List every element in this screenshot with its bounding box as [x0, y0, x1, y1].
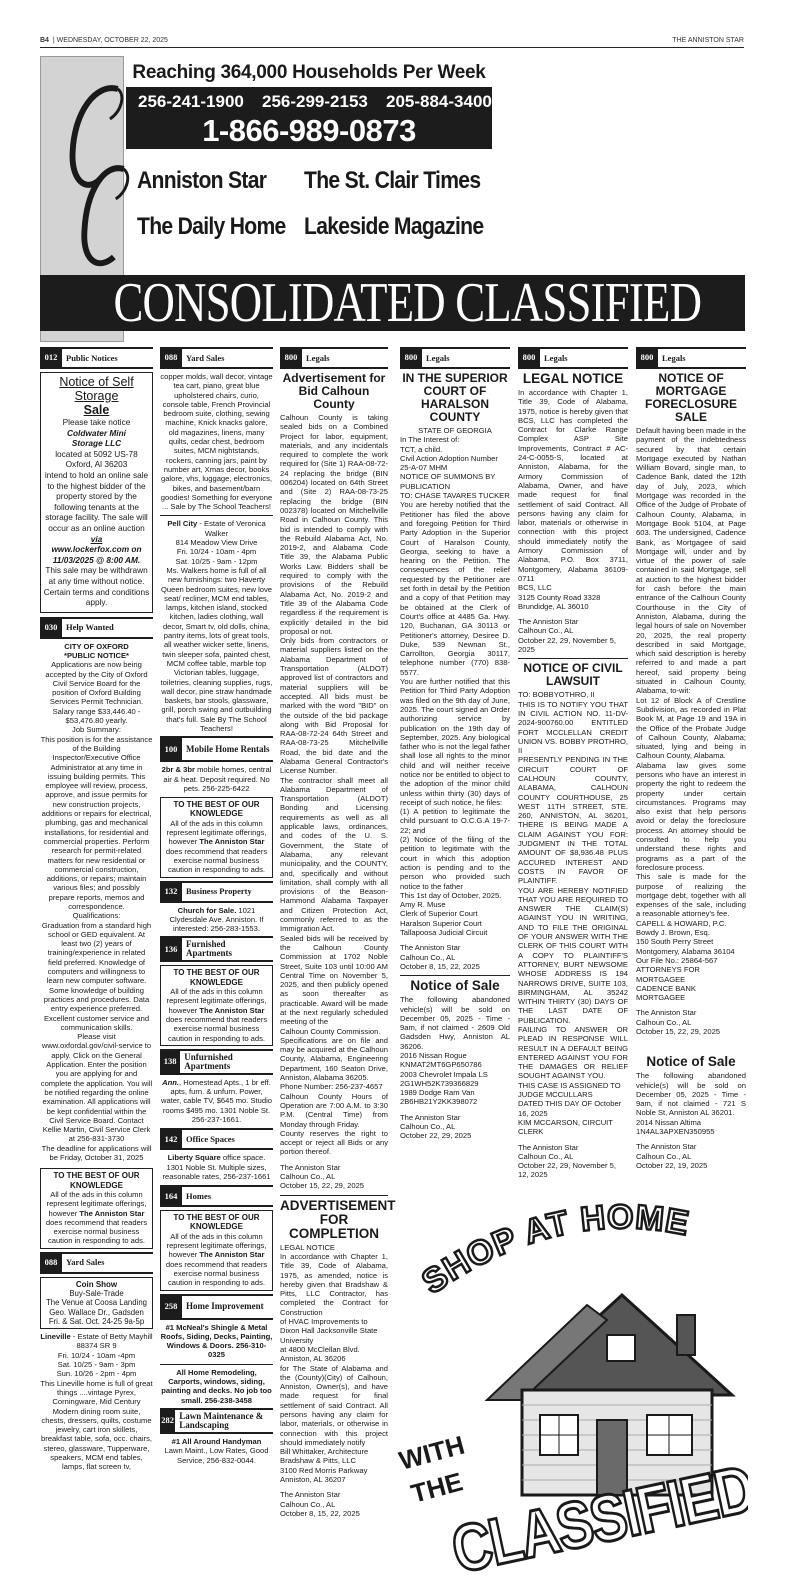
section-header-unfurnished-apartments: 138 Unfurnished Apartments [160, 1049, 273, 1075]
column-5: 800 Legals LEGAL NOTICE In accordance wi… [518, 347, 628, 1180]
page-number: B4 [40, 37, 49, 44]
pub-lakeside-magazine: Lakeside Magazine [304, 213, 483, 241]
section-header-legals: 800 Legals [400, 347, 510, 369]
church-for-sale-ad: Church for Sale. 1021 Clydesdale Ave. An… [160, 906, 273, 934]
section-header-legals: 800 Legals [636, 347, 746, 369]
homestead-apts-ad: Ann., Homestead Apts., 1 br eff. apts, f… [160, 1078, 273, 1124]
notice-of-sale-vehicles: Notice of Sale The following abandoned v… [400, 979, 510, 1140]
page-date: WEDNESDAY, OCTOBER 22, 2025 [57, 37, 168, 44]
column-6: 800 Legals NOTICE OF MORTGAGE FORECLOSUR… [636, 347, 746, 1170]
section-header-home-improvement: 258 Home Improvement [160, 1294, 273, 1320]
section-header-mobile-home-rentals: 100 Mobile Home Rentals [160, 736, 273, 762]
section-header-business-property: 132 Business Property [160, 881, 273, 903]
section-header-office-spaces: 142 Office Spaces [160, 1128, 273, 1150]
home-remodeling-ad: All Home Remodeling, Carports, windows, … [160, 1368, 273, 1405]
section-header-legals: 800 Legals [280, 347, 388, 369]
page-info: B4 | WEDNESDAY, OCTOBER 22, 2025 [40, 37, 168, 44]
cc-logo-icon [57, 71, 120, 271]
section-header-help-wanted: 030 Help Wanted [40, 617, 153, 639]
reach-tagline: Reaching 364,000 Households Per Week [126, 62, 492, 84]
disclaimer-box: TO THE BEST OF OUR KNOWLEDGE All of the … [160, 1210, 273, 1290]
phone-3[interactable]: 205-884-3400 [386, 92, 492, 112]
consolidated-classified-banner: CONSOLIDATED CLASSIFIED [40, 275, 745, 331]
section-header-yard-sales: 088 Yard Sales [40, 1252, 153, 1274]
notice-of-sale-altima: Notice of Sale The following abandoned v… [636, 1055, 746, 1170]
section-header-legals: 800 Legals [518, 347, 628, 369]
section-header-homes: 164 Homes [160, 1185, 273, 1207]
column-4: 800 Legals IN THE SUPERIOR COURT OF HARA… [400, 347, 510, 1141]
section-header-lawn-maintenance: 282 Lawn Maintenance & Landscaping [160, 1408, 273, 1434]
disclaimer-box: TO THE BEST OF OUR KNOWLEDGE All of the … [40, 1168, 153, 1248]
mobile-home-ad: 2br & 3br mobile homes, central air & he… [160, 765, 273, 793]
pub-st-clair-times: The St. Clair Times [304, 167, 480, 195]
disclaimer-box: TO THE BEST OF OUR KNOWLEDGE All of the … [160, 965, 273, 1045]
lockerfox-link[interactable]: www.lockerfox.com on 11/03/2025 @ 8:00 A… [43, 544, 150, 565]
bcs-legal-notice: LEGAL NOTICE In accordance with Chapter … [518, 372, 628, 654]
completion-advertisement: ADVERTISEMENT FOR COMPLETION LEGAL NOTIC… [280, 1199, 388, 1519]
svg-text:SHOP AT HOME: SHOP AT HOME [415, 1198, 692, 1301]
haralson-adoption-notice: IN THE SUPERIOR COURT OF HARALSON COUNTY… [400, 372, 510, 971]
column-3: 800 Legals Advertisement for Bid Calhoun… [280, 347, 388, 1518]
lineville-estate-sale: Lineville - Estate of Betty Mayhill 8837… [40, 1332, 153, 1471]
liberty-square-ad: Liberty Square office space. 1301 Noble … [160, 1153, 273, 1181]
disclaimer-box: TO THE BEST OF OUR KNOWLEDGE All of the … [160, 797, 273, 877]
bid-advertisement: Advertisement for Bid Calhoun County Cal… [280, 372, 388, 1191]
pell-city-estate-sale: Pell City - Estate of Veronica Walker 81… [160, 519, 273, 733]
svg-text:THE: THE [408, 1466, 466, 1508]
page-header: B4 | WEDNESDAY, OCTOBER 22, 2025 THE ANN… [40, 36, 744, 48]
lineville-sale-continued: copper molds, wall decor, vintage tea ca… [160, 372, 273, 511]
self-storage-notice: Notice of Self Storage Sale Please take … [40, 372, 153, 613]
coin-show-ad: Coin Show Buy-Sale-Trade The Venue at Co… [40, 1277, 153, 1329]
paper-name: THE ANNISTON STAR [672, 37, 744, 44]
handyman-ad: #1 All Around Handyman Lawn Maint., Low … [160, 1437, 273, 1465]
civil-lawsuit-notice: NOTICE OF CIVIL LAWSUIT TO: BOBBYOTHRO, … [518, 662, 628, 1179]
pub-daily-home: The Daily Home [137, 213, 286, 241]
pub-anniston-star: Anniston Star [137, 167, 266, 195]
section-header-furnished-apartments: 136 Furnished Apartments [160, 936, 273, 962]
shop-at-home-promo: SHOP AT HOME WITH THE CLASSIFIEDS [392, 1185, 748, 1575]
section-header-public-notices: 012 Public Notices [40, 347, 153, 369]
oxford-job-ad: CITY OF OXFORD *PUBLIC NOTICE* Applicati… [40, 642, 153, 1163]
mortgage-foreclosure-notice: NOTICE OF MORTGAGE FORECLOSURE SALE Defa… [636, 372, 746, 1036]
phone-2[interactable]: 256-299-2153 [262, 92, 368, 112]
section-header-yard-sales-cont: 088 Yard Sales [160, 347, 273, 369]
phone-bar: 256-241-1900 256-299-2153 205-884-3400 1… [126, 87, 492, 149]
mcneal-roofing-ad: #1 McNeal's Shingle & Metal Roofs, Sidin… [160, 1323, 273, 1360]
house-illustration-icon: SHOP AT HOME WITH THE CLASSIFIEDS [392, 1185, 748, 1575]
column-2: 088 Yard Sales copper molds, wall decor,… [160, 347, 273, 1465]
phone-1[interactable]: 256-241-1900 [138, 92, 244, 112]
column-1: 012 Public Notices Notice of Self Storag… [40, 347, 153, 1472]
toll-free-phone[interactable]: 1-866-989-0873 [126, 113, 492, 149]
